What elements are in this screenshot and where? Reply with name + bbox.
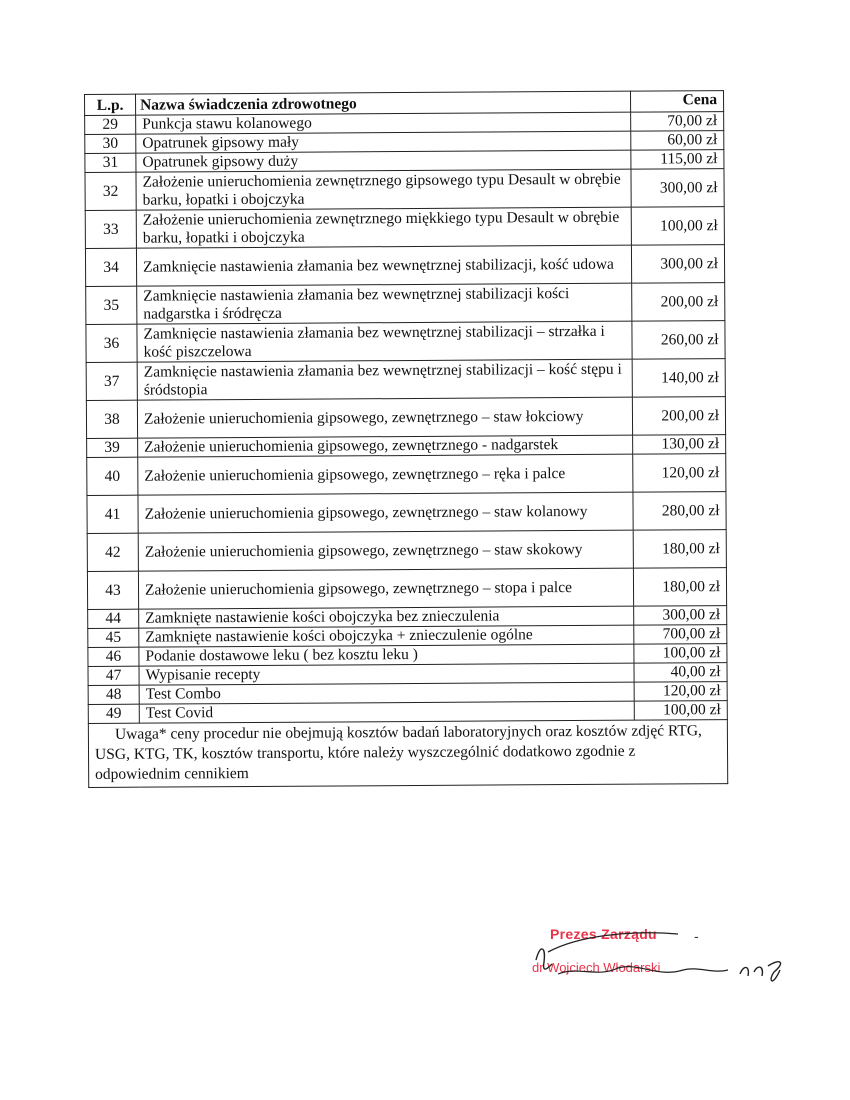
document-page: L.p. Nazwa świadczenia zdrowotnego Cena … bbox=[0, 0, 850, 1100]
row-lp: 47 bbox=[88, 666, 139, 685]
row-price: 200,00 zł bbox=[632, 283, 725, 322]
row-name: Założenie unieruchomienia gipsowego, zew… bbox=[138, 492, 633, 533]
table-row: 42Założenie unieruchomienia gipsowego, z… bbox=[87, 530, 726, 572]
row-price: 180,00 zł bbox=[633, 568, 726, 607]
row-lp: 35 bbox=[86, 286, 137, 324]
header-name: Nazwa świadczenia zdrowotnego bbox=[136, 91, 631, 115]
row-lp: 41 bbox=[87, 495, 138, 533]
header-price: Cena bbox=[630, 91, 723, 113]
row-price: 115,00 zł bbox=[631, 150, 724, 170]
row-price: 300,00 zł bbox=[634, 606, 727, 626]
row-name: Zamknięcie nastawienia złamania bez wewn… bbox=[137, 321, 632, 362]
row-price: 100,00 zł bbox=[634, 644, 727, 664]
row-price: 180,00 zł bbox=[633, 530, 726, 569]
table-row: 36Zamknięcie nastawienia złamania bez we… bbox=[86, 321, 725, 363]
row-lp: 49 bbox=[88, 704, 139, 723]
row-lp: 33 bbox=[85, 210, 136, 248]
row-price: 300,00 zł bbox=[631, 245, 724, 284]
row-name: Zamknięcie nastawienia złamania bez wewn… bbox=[137, 359, 632, 400]
row-name: Założenie unieruchomienia gipsowego, zew… bbox=[138, 530, 633, 571]
row-lp: 45 bbox=[88, 628, 139, 647]
row-lp: 39 bbox=[87, 438, 138, 457]
row-price: 700,00 zł bbox=[634, 625, 727, 645]
table-row: 41Założenie unieruchomienia gipsowego, z… bbox=[87, 492, 726, 534]
row-lp: 48 bbox=[88, 685, 139, 704]
table-row: 33Założenie unieruchomienia zewnętrznego… bbox=[85, 207, 724, 249]
row-price: 120,00 zł bbox=[633, 454, 726, 493]
table-row: 34Zamknięcie nastawienia złamania bez we… bbox=[85, 245, 724, 287]
row-price: 260,00 zł bbox=[632, 321, 725, 360]
signature-stamp: Prezes Zarządu - dr Wojciech Włodarski bbox=[518, 922, 798, 992]
table-row: 43Założenie unieruchomienia gipsowego, z… bbox=[87, 568, 726, 610]
row-price: 300,00 zł bbox=[631, 169, 724, 208]
row-lp: 37 bbox=[86, 362, 137, 400]
price-list-table: L.p. Nazwa świadczenia zdrowotnego Cena … bbox=[84, 90, 728, 788]
row-name: Założenie unieruchomienia gipsowego, zew… bbox=[137, 397, 632, 438]
row-lp: 38 bbox=[86, 400, 137, 438]
pricing-note: Uwaga* ceny procedur nie obejmują kosztó… bbox=[88, 720, 727, 788]
row-lp: 36 bbox=[86, 324, 137, 362]
row-name: Założenie unieruchomienia zewnętrznego g… bbox=[136, 169, 631, 210]
row-lp: 31 bbox=[85, 153, 136, 172]
row-lp: 29 bbox=[85, 115, 136, 134]
row-name: Zamknięcie nastawienia złamania bez wewn… bbox=[136, 245, 631, 286]
row-price: 280,00 zł bbox=[633, 492, 726, 531]
table-row: 40Założenie unieruchomienia gipsowego, z… bbox=[87, 454, 726, 496]
table-row: 37Zamknięcie nastawienia złamania bez we… bbox=[86, 359, 725, 401]
row-name: Założenie unieruchomienia gipsowego, zew… bbox=[138, 568, 633, 609]
row-lp: 30 bbox=[85, 134, 136, 153]
row-price: 120,00 zł bbox=[634, 682, 727, 702]
row-name: Założenie unieruchomienia zewnętrznego m… bbox=[136, 207, 631, 248]
row-price: 100,00 zł bbox=[631, 207, 724, 246]
note-row: Uwaga* ceny procedur nie obejmują kosztó… bbox=[88, 720, 727, 788]
row-lp: 42 bbox=[87, 533, 138, 571]
row-lp: 40 bbox=[87, 457, 138, 495]
row-price: 130,00 zł bbox=[633, 435, 726, 455]
row-lp: 43 bbox=[87, 571, 138, 609]
row-price: 100,00 zł bbox=[634, 701, 727, 721]
header-lp: L.p. bbox=[85, 94, 136, 115]
row-price: 60,00 zł bbox=[631, 131, 724, 151]
table-row: 32Założenie unieruchomienia zewnętrznego… bbox=[85, 169, 724, 211]
row-price: 40,00 zł bbox=[634, 663, 727, 683]
row-name: Zamknięcie nastawienia złamania bez wewn… bbox=[137, 283, 632, 324]
row-name: Założenie unieruchomienia gipsowego, zew… bbox=[138, 454, 633, 495]
row-lp: 32 bbox=[85, 172, 136, 210]
handwritten-signature-icon bbox=[518, 922, 798, 992]
table-body: 29Punkcja stawu kolanowego70,00 zł30Opat… bbox=[85, 112, 728, 724]
row-lp: 44 bbox=[88, 609, 139, 628]
row-price: 70,00 zł bbox=[631, 112, 724, 132]
table-row: 38Założenie unieruchomienia gipsowego, z… bbox=[86, 397, 725, 439]
row-price: 140,00 zł bbox=[632, 359, 725, 398]
row-price: 200,00 zł bbox=[632, 397, 725, 436]
table-row: 35Zamknięcie nastawienia złamania bez we… bbox=[86, 283, 725, 325]
row-lp: 46 bbox=[88, 647, 139, 666]
row-lp: 34 bbox=[85, 248, 136, 286]
